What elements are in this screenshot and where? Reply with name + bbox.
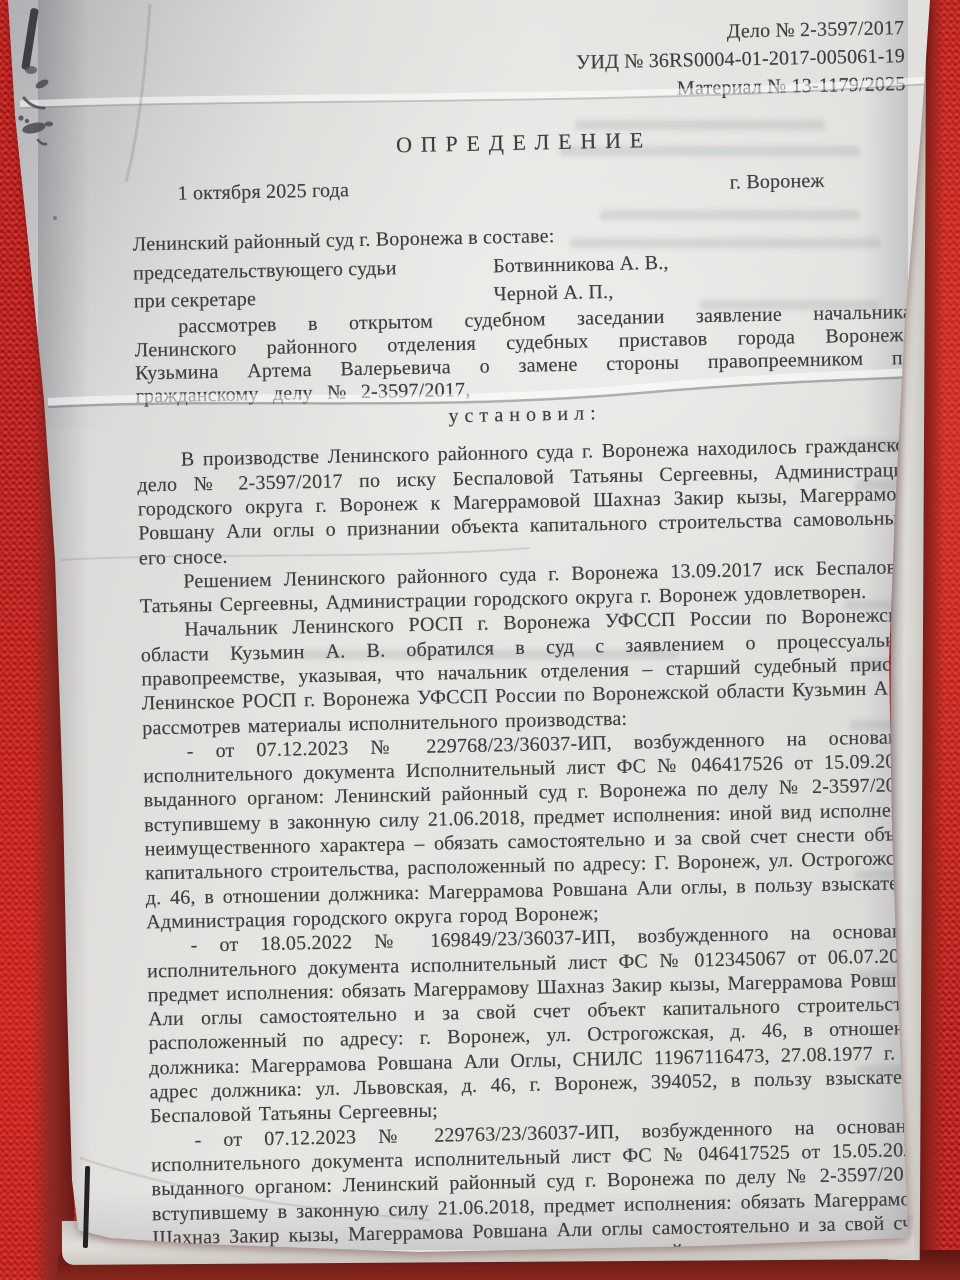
document-page-wrapper: Дело № 2-3597/2017 УИД № 36RS0004-01-201… (0, 0, 960, 1280)
secretary-name: Черной А. П., (493, 281, 613, 305)
court-composition: Ленинский районный суд г. Воронежа в сос… (132, 215, 912, 316)
paragraph: - от 18.05.2022 № 169849/23/36037-ИП, во… (146, 919, 928, 1129)
paragraph: - от 07.12.2023 № 229763/23/36037-ИП, во… (150, 1113, 931, 1274)
paragraph: В производстве Ленинского районного суда… (137, 433, 917, 570)
document-city: г. Воронеж (730, 170, 825, 195)
ink-smudges (0, 70, 120, 250)
preamble-paragraph: рассмотрев в открытом судебном заседании… (134, 300, 914, 408)
judge-name: Ботвинникова А. В., (493, 251, 669, 277)
paragraph: Начальник Ленинского РОСП г. Воронежа УФ… (140, 603, 920, 740)
document-date: 1 октября 2025 года (177, 179, 349, 205)
document-title: ОПРЕДЕЛЕНИЕ (130, 122, 908, 164)
body-paragraphs: В производстве Ленинского районного суда… (137, 433, 931, 1275)
case-header: Дело № 2-3597/2017 УИД № 36RS0004-01-201… (128, 14, 908, 114)
paragraph: - от 07.12.2023 № 229768/23/36037-ИП, во… (143, 725, 925, 935)
photo-of-court-document: Дело № 2-3597/2017 УИД № 36RS0004-01-201… (0, 0, 960, 1280)
date-row: 1 октября 2025 года г. Воронеж (131, 168, 909, 207)
document-page: Дело № 2-3597/2017 УИД № 36RS0004-01-201… (0, 0, 960, 1280)
document-text: Дело № 2-3597/2017 УИД № 36RS0004-01-201… (128, 8, 931, 1275)
